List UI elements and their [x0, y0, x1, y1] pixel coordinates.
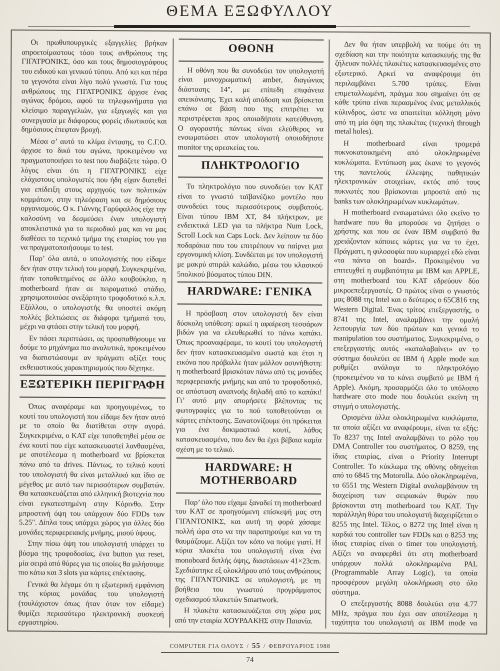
paragraph-support-chips: Ορισμένα άλλα ολοκληρωμένα κυκλώματα, τα… — [332, 413, 479, 598]
paragraph-monitor: Η οθόνη που θα συνοδεύει τον υπολογιστή … — [178, 65, 324, 153]
footer-rule — [161, 652, 339, 653]
paragraph-rear-panel: Στην πίσω όψη του υπολογιστή υπάρχει το … — [18, 539, 164, 579]
section-heading-keyboard: ΠΛΗΚΤΡΟΛΟΓΙΟ — [178, 155, 324, 178]
page-footer: COMPUTER ΓΙΑ ΟΛΟΥΣ/55/ΦΕΒΡΟΥΑΡΙΟΣ 1988 7… — [0, 641, 500, 664]
issue-number: 55 — [252, 641, 261, 650]
paragraph-motherboard-manufacture: Η πλακέτα κατασκευάζεται στη χώρα μας απ… — [175, 606, 321, 626]
column-right: Δεν θα ήταν υπερβολή να πούμε ότι τη σχε… — [327, 39, 486, 629]
paragraph-cpu-speed: Ο επεξεργαστής 8088 δουλεύει στα 4.77 MH… — [331, 599, 477, 630]
footer-separator: / — [263, 644, 265, 650]
scanned-magazine-page: { "page": { "kicker": "ΘΕΜΑ ΕΞΩΦΥΛΛΟΥ", … — [0, 0, 500, 671]
footer-credit-line: COMPUTER ΓΙΑ ΟΛΟΥΣ/55/ΦΕΒΡΟΥΑΡΙΟΣ 1988 — [0, 641, 500, 650]
paragraph-pcb-density: Η motherboard είναι τρομερά πυκνοκατοικη… — [334, 138, 480, 207]
page-title: ΘΕΜΑ ΕΞΩΦΥΛΛΟΥ — [0, 3, 500, 21]
magazine-name: COMPUTER ΓΙΑ ΟΛΟΥΣ — [170, 644, 244, 650]
article-frame: Οι πρωθυπουργικές εξαγγελίες βρήκαν απρο… — [7, 30, 491, 635]
paragraph-lead-in: Εν πάσει περιπτώσει, ας προσπαθήσουμε να… — [20, 333, 166, 373]
paragraph-pcb-quality: Δεν θα ήταν υπερβολή να πούμε ότι τη σχε… — [335, 40, 481, 138]
paragraph-overall-look: Γενικά θα λέγαμε ότι η εξωτερική εμφάνισ… — [18, 579, 164, 627]
paragraph-prototype-note: Παρ’ όλα αυτά, ο υπολογιστής που είδαμε … — [20, 254, 166, 333]
section-heading-hardware-general: HARDWARE: ΓΕΝΙΚΑ — [177, 282, 323, 305]
paragraph-motherboard-intro: Παρ’ όλο που είχαμε ξαναδεί τη motherboa… — [175, 497, 321, 605]
paragraph-onboard-philosophy: Η motherboard ενσωματώνει όλο εκείνο το … — [333, 207, 480, 412]
section-heading-hardware-motherboard: HARDWARE: Η MOTHERBOARD — [176, 457, 322, 494]
paragraph-intro: Οι πρωθυπουργικές εξαγγελίες βρήκαν απρο… — [21, 38, 167, 136]
column-left: Οι πρωθυπουργικές εξαγγελίες βρήκαν απρο… — [13, 38, 172, 628]
page-number: 74 — [0, 655, 500, 664]
paragraph-case-description: Όπως αναφέραμε και προηγουμένως, το κουτ… — [19, 402, 165, 539]
paragraph-hardware-general: Η πρόσβαση στον υπολογιστή δεν είναι δύσ… — [176, 309, 323, 455]
footer-separator: / — [247, 644, 249, 650]
paragraph-keyboard: Το πληκτρολόγιο που συνοδεύει τον ΚΑΤ εί… — [177, 182, 323, 280]
issue-date: ΦΕΒΡΟΥΑΡΙΟΣ 1988 — [269, 644, 331, 650]
section-heading-monitor: ΟΘΟΝΗ — [178, 39, 324, 62]
section-heading-exterior: ΕΞΩΤΕΡΙΚΗ ΠΕΡΙΓΡΑΦΗ — [20, 375, 166, 398]
header-rule-thick — [114, 25, 336, 28]
paragraph-test-context: Μέσα σ’ αυτό το κλίμα έντασης, το C.Γ.Ο.… — [20, 136, 166, 253]
column-middle: ΟΘΟΝΗ Η οθόνη που θα συνοδεύει τον υπολο… — [170, 39, 329, 629]
